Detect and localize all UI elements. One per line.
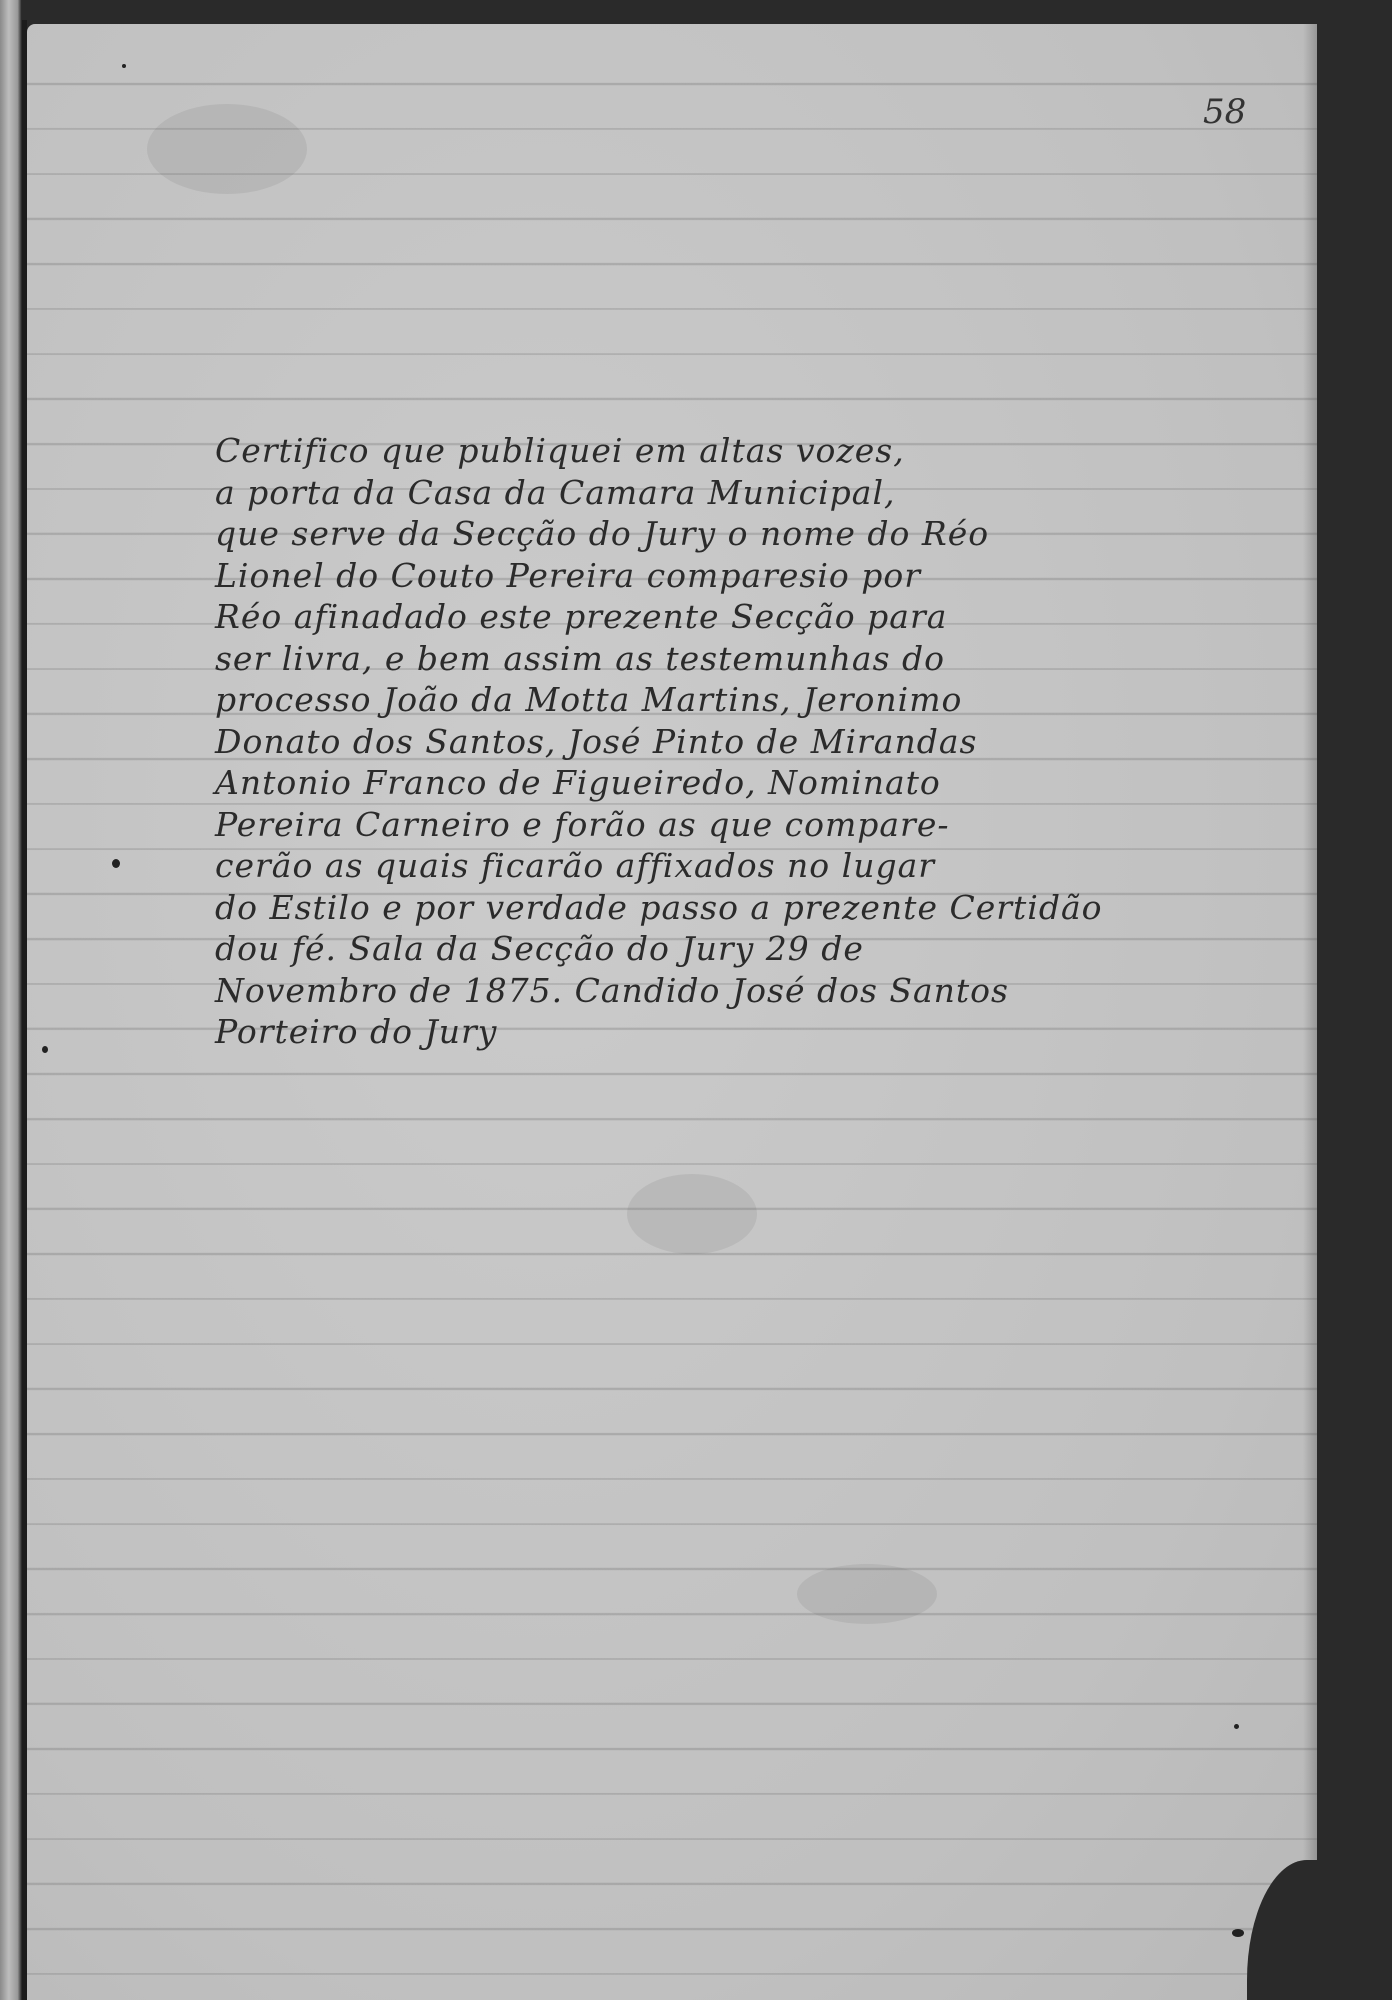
manuscript-text: Certifico que publiquei em altas vozes, … bbox=[215, 430, 1255, 1053]
text-line: Novembro de 1875. Candido José dos Santo… bbox=[215, 970, 1255, 1012]
text-line: dou fé. Sala da Secção do Jury 29 de bbox=[215, 928, 1255, 970]
text-line: ser livra, e bem assim as testemunhas do bbox=[215, 638, 1255, 680]
text-line: Réo afinadado este prezente Secção para bbox=[215, 596, 1255, 638]
text-line: Pereira Carneiro e forão as que compare- bbox=[215, 804, 1255, 846]
signature-title: Porteiro do Jury bbox=[215, 1011, 1255, 1053]
ink-spot bbox=[1232, 1929, 1244, 1937]
text-line: Certifico que publiquei em altas vozes, bbox=[215, 430, 1255, 472]
paper-stain bbox=[147, 104, 307, 194]
paper-stain bbox=[627, 1174, 757, 1254]
ink-spot bbox=[122, 64, 126, 68]
paper-stain bbox=[797, 1564, 937, 1624]
text-line: do Estilo e por verdade passo a prezente… bbox=[215, 887, 1255, 929]
text-line: Antonio Franco de Figueiredo, Nominato bbox=[215, 762, 1255, 804]
torn-corner bbox=[1247, 1860, 1317, 2000]
page-edge-shadow bbox=[1303, 24, 1317, 2000]
ink-spot bbox=[112, 859, 120, 868]
text-line: Lionel do Couto Pereira comparesio por bbox=[215, 555, 1255, 597]
text-line: cerão as quais ficarão affixados no luga… bbox=[215, 845, 1255, 887]
text-line: a porta da Casa da Camara Municipal, bbox=[215, 472, 1255, 514]
folio-number: 58 bbox=[1203, 92, 1246, 132]
adjacent-page-edge bbox=[0, 0, 22, 2000]
text-line: que serve da Secção do Jury o nome do Ré… bbox=[215, 513, 1255, 555]
ink-spot bbox=[42, 1046, 48, 1053]
text-line: processo João da Motta Martins, Jeronimo bbox=[215, 679, 1255, 721]
ink-spot bbox=[1234, 1724, 1239, 1729]
text-line: Donato dos Santos, José Pinto de Miranda… bbox=[215, 721, 1255, 763]
